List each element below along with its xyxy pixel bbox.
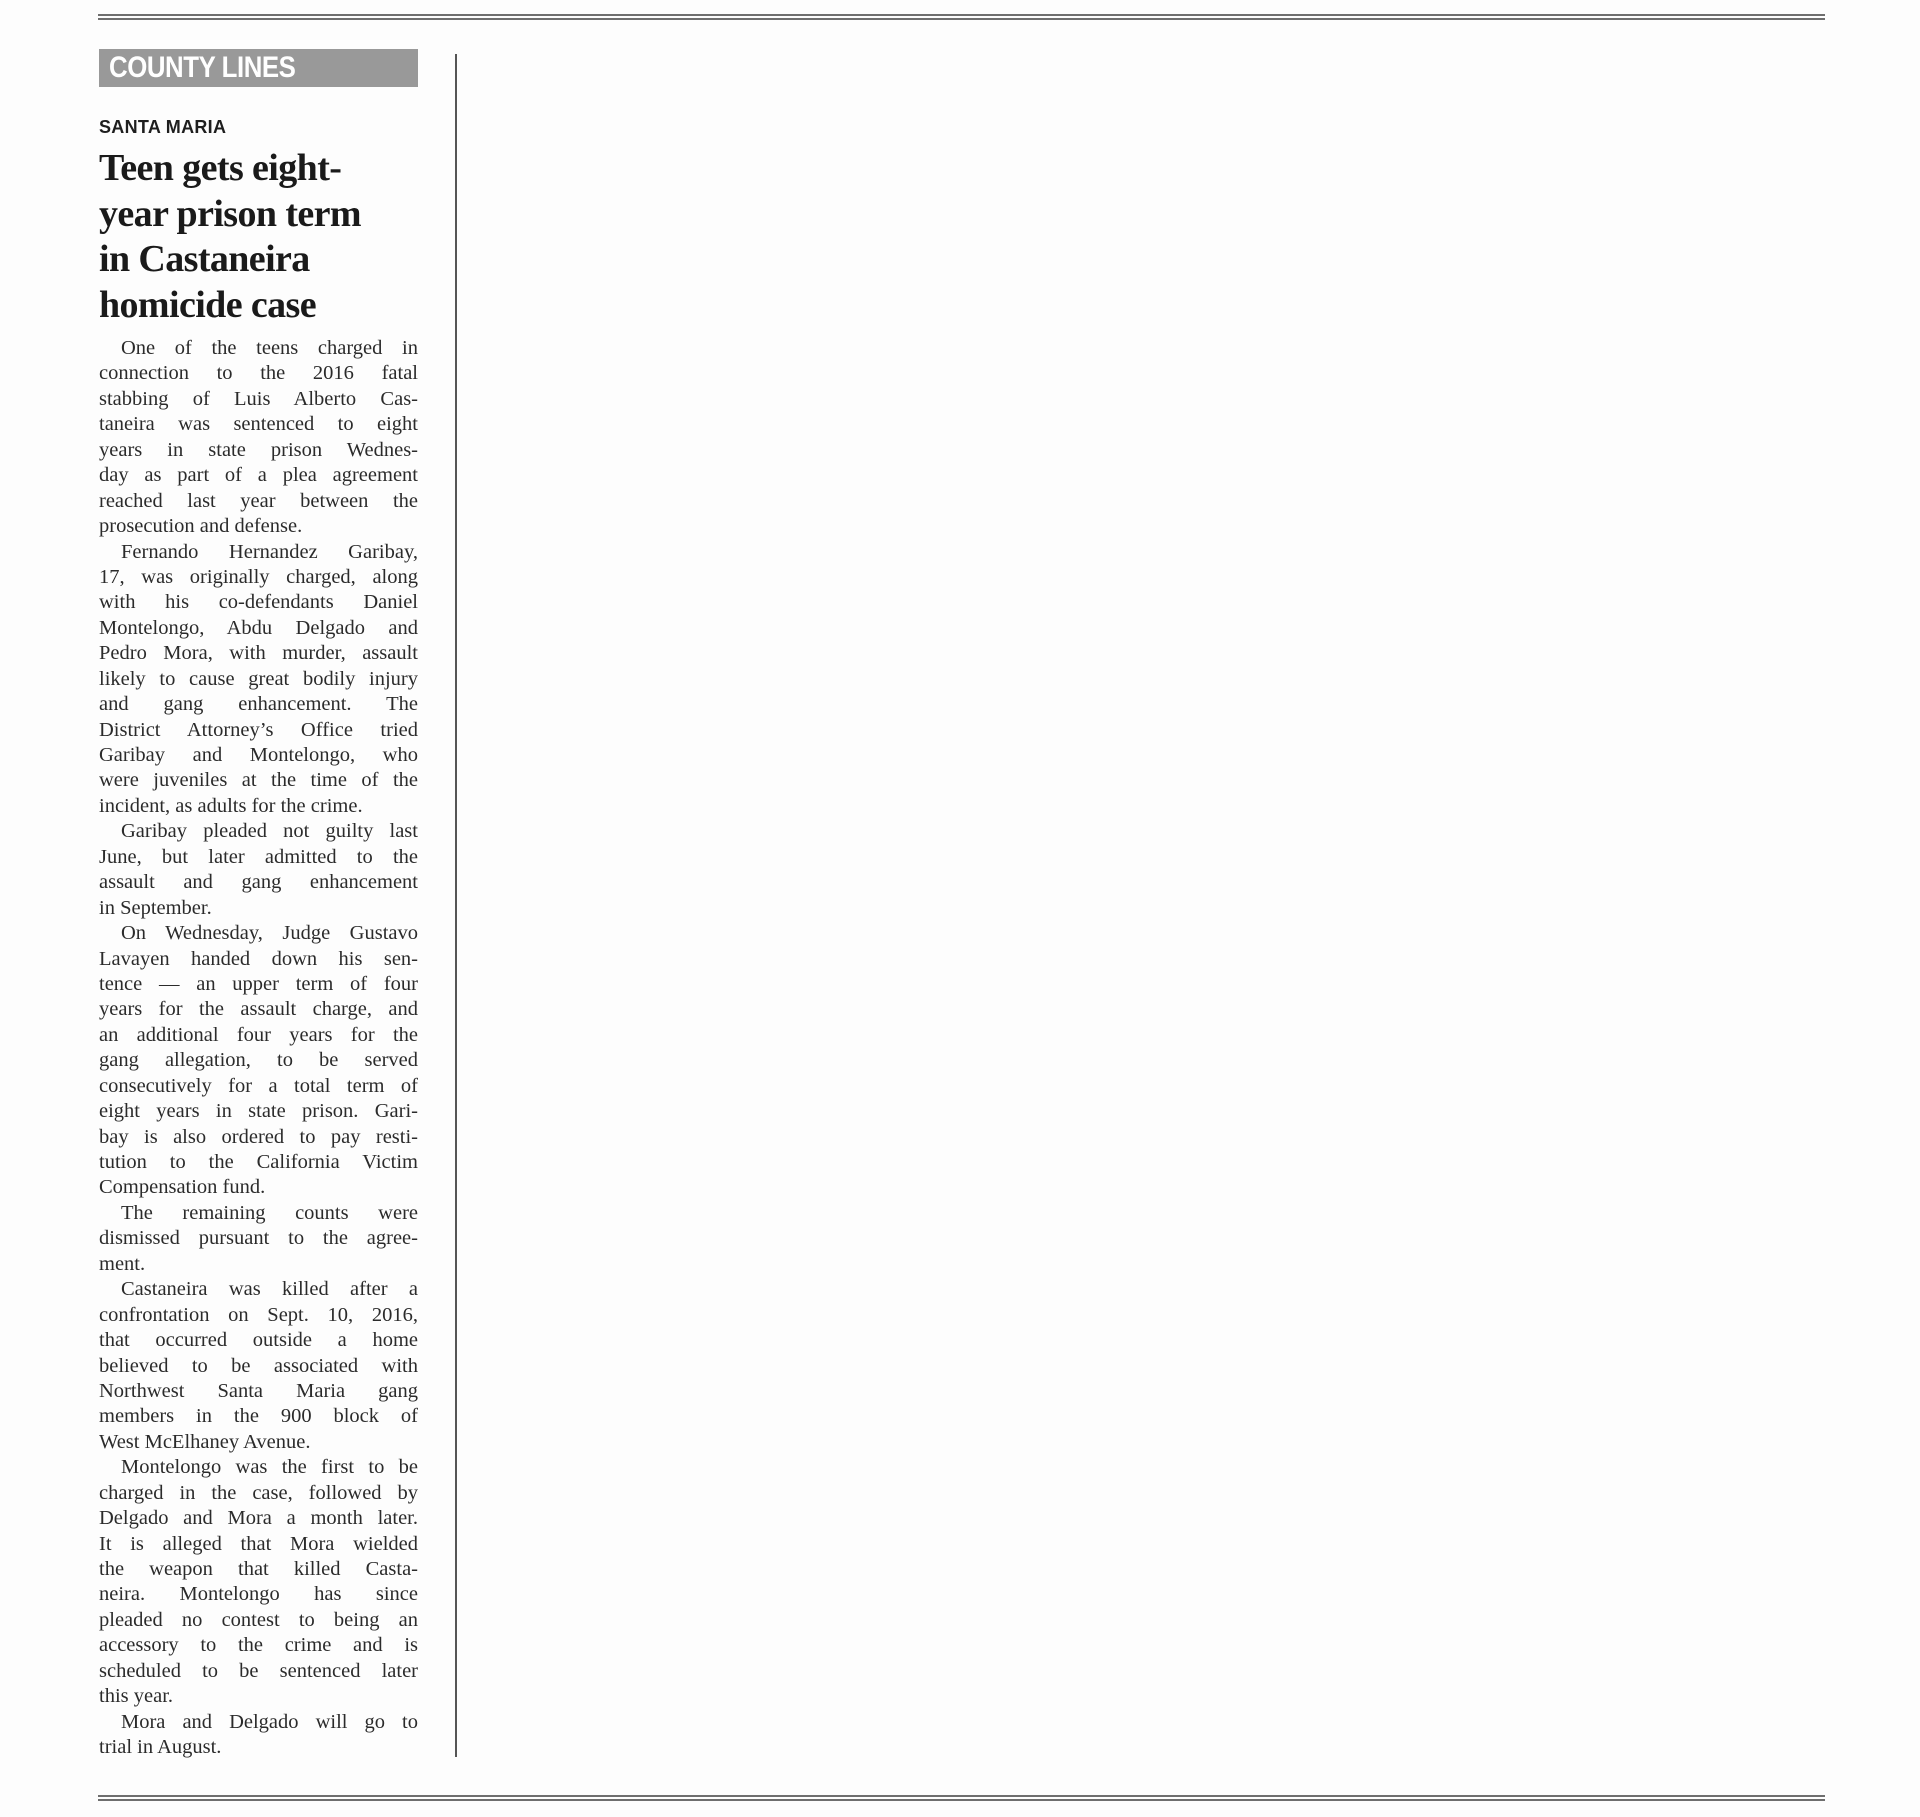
paragraph-line: bay is also ordered to pay resti- xyxy=(99,1125,418,1150)
headline-line: homicide case xyxy=(99,283,429,329)
paragraph-line: Castaneira was killed after a xyxy=(99,1277,418,1302)
paragraph-line: confrontation on Sept. 10, 2016, xyxy=(99,1303,418,1328)
paragraph-line: On Wednesday, Judge Gustavo xyxy=(99,921,418,946)
headline-line: in Castaneira xyxy=(99,237,429,283)
paragraph-line: scheduled to be sentenced later xyxy=(99,1659,418,1684)
paragraph-line: stabbing of Luis Alberto Cas- xyxy=(99,387,418,412)
section-label: COUNTY LINES xyxy=(109,51,295,85)
paragraph-line: likely to cause great bodily injury xyxy=(99,667,418,692)
top-rule-1 xyxy=(98,14,1825,16)
paragraph-line: District Attorney’s Office tried xyxy=(99,718,418,743)
paragraph-line: Montelongo, Abdu Delgado and xyxy=(99,616,418,641)
paragraph-line: Montelongo was the first to be xyxy=(99,1455,418,1480)
paragraph-line: charged in the case, followed by xyxy=(99,1481,418,1506)
paragraph-line: Pedro Mora, with murder, assault xyxy=(99,641,418,666)
paragraph-line: that occurred outside a home xyxy=(99,1328,418,1353)
paragraph-line: It is alleged that Mora wielded xyxy=(99,1532,418,1557)
paragraph-line: June, but later admitted to the xyxy=(99,845,418,870)
paragraph-line: accessory to the crime and is xyxy=(99,1633,418,1658)
paragraph-line: Compensation fund. xyxy=(99,1175,418,1200)
paragraph-line: Northwest Santa Maria gang xyxy=(99,1379,418,1404)
paragraph-line: neira. Montelongo has since xyxy=(99,1582,418,1607)
paragraph-line: an additional four years for the xyxy=(99,1023,418,1048)
paragraph-line: West McElhaney Avenue. xyxy=(99,1430,418,1455)
paragraph-line: connection to the 2016 fatal xyxy=(99,361,418,386)
paragraph-line: Delgado and Mora a month later. xyxy=(99,1506,418,1531)
dateline: SANTA MARIA xyxy=(99,117,226,138)
column-divider xyxy=(455,54,457,1757)
paragraph-line: years for the assault charge, and xyxy=(99,997,418,1022)
paragraph-line: ment. xyxy=(99,1252,418,1277)
paragraph-line: believed to be associated with xyxy=(99,1354,418,1379)
paragraph-line: years in state prison Wednes- xyxy=(99,438,418,463)
paragraph-line: dismissed pursuant to the agree- xyxy=(99,1226,418,1251)
paragraph-line: in September. xyxy=(99,896,418,921)
paragraph-line: tence — an upper term of four xyxy=(99,972,418,997)
paragraph-line: Mora and Delgado will go to xyxy=(99,1710,418,1735)
paragraph-line: consecutively for a total term of xyxy=(99,1074,418,1099)
paragraph-line: trial in August. xyxy=(99,1735,418,1760)
paragraph-line: prosecution and defense. xyxy=(99,514,418,539)
paragraph-line: with his co-defendants Daniel xyxy=(99,590,418,615)
bottom-rule-2 xyxy=(98,1799,1825,1801)
section-banner: COUNTY LINES xyxy=(99,49,418,87)
paragraph-line: The remaining counts were xyxy=(99,1201,418,1226)
paragraph-line: Garibay pleaded not guilty last xyxy=(99,819,418,844)
headline-line: year prison term xyxy=(99,192,429,238)
top-rule-2 xyxy=(98,18,1825,20)
paragraph-line: day as part of a plea agreement xyxy=(99,463,418,488)
paragraph-line: 17, was originally charged, along xyxy=(99,565,418,590)
headline: Teen gets eight- year prison term in Cas… xyxy=(99,146,429,328)
paragraph-line: One of the teens charged in xyxy=(99,336,418,361)
paragraph-line: eight years in state prison. Gari- xyxy=(99,1099,418,1124)
paragraph-line: gang allegation, to be served xyxy=(99,1048,418,1073)
paragraph-line: members in the 900 block of xyxy=(99,1404,418,1429)
article-body: One of the teens charged inconnection to… xyxy=(99,336,418,1761)
paragraph-line: the weapon that killed Casta- xyxy=(99,1557,418,1582)
paragraph-line: assault and gang enhancement xyxy=(99,870,418,895)
paragraph-line: tution to the California Victim xyxy=(99,1150,418,1175)
paragraph-line: Lavayen handed down his sen- xyxy=(99,947,418,972)
bottom-rule-1 xyxy=(98,1795,1825,1797)
paragraph-line: reached last year between the xyxy=(99,489,418,514)
paragraph-line: and gang enhancement. The xyxy=(99,692,418,717)
paragraph-line: incident, as adults for the crime. xyxy=(99,794,418,819)
paragraph-line: were juveniles at the time of the xyxy=(99,768,418,793)
paragraph-line: Garibay and Montelongo, who xyxy=(99,743,418,768)
paragraph-line: taneira was sentenced to eight xyxy=(99,412,418,437)
paragraph-line: pleaded no contest to being an xyxy=(99,1608,418,1633)
paragraph-line: this year. xyxy=(99,1684,418,1709)
paragraph-line: Fernando Hernandez Garibay, xyxy=(99,540,418,565)
headline-line: Teen gets eight- xyxy=(99,146,429,192)
